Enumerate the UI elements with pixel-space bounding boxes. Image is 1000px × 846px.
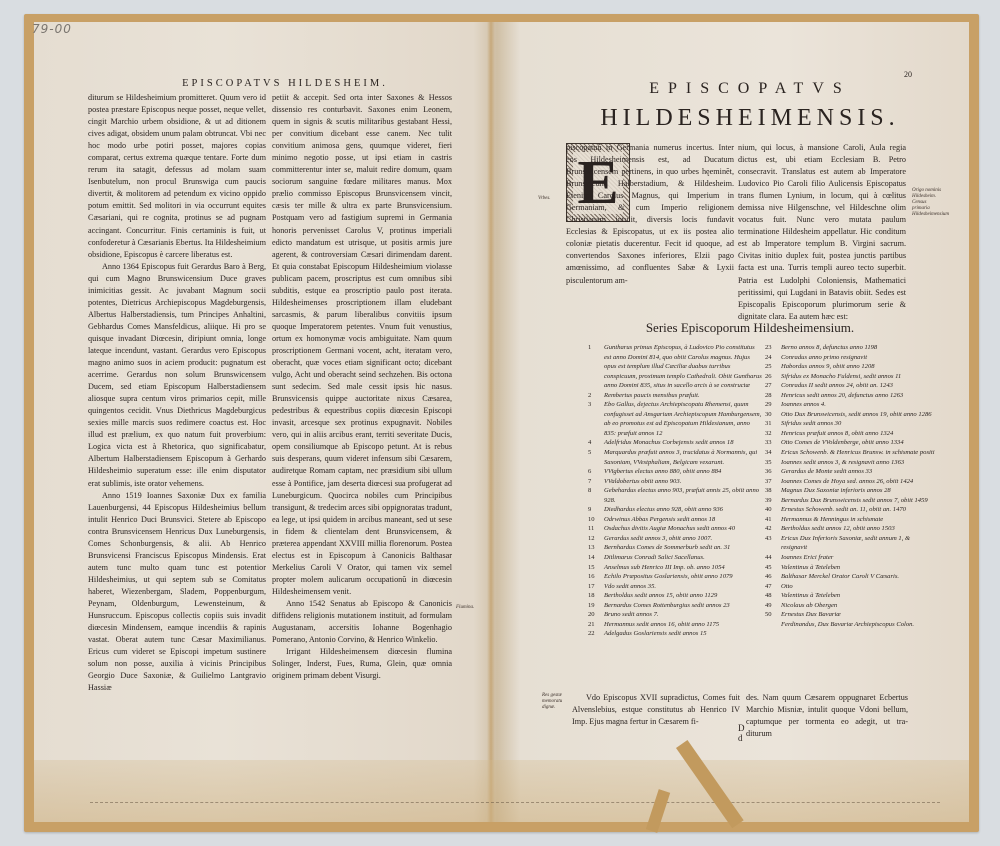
list-item: 6VVigbertus electus anno 880, obiit anno…	[588, 467, 762, 477]
list-item: 12Gerardus sedit annos 3, obiit anno 100…	[588, 534, 762, 544]
list-item: 14Ditlimarus Conradi Salici Sacellanus.	[588, 553, 762, 563]
list-item: 4Adelfridus Monachus Corbejensis sedit a…	[588, 438, 762, 448]
list-item: 16Echilo Præpositus Goslariensis, obiit …	[588, 572, 762, 582]
list-item: 50Ernestus Dux Bavariæ	[765, 610, 937, 620]
list-item: 49Nicolaus ab Obergen	[765, 601, 937, 611]
list-item: 44Ioannes Erici frater	[765, 553, 937, 563]
paragraph: Irrigant Hildesheimensem diœcesin flumin…	[272, 646, 452, 682]
left-column-2: petiit & accepit. Sed orta inter Saxones…	[272, 92, 452, 682]
list-item: 27Conradus II sedit annos 24, obiit an. …	[765, 381, 937, 391]
list-item: 11Osdachus divitis Augiæ Monachus sedit …	[588, 524, 762, 534]
list-item: 10Odrwinus Abbas Pergensis sedit annos 1…	[588, 515, 762, 525]
paragraph: petiit & accepit. Sed orta inter Saxones…	[272, 92, 452, 598]
list-item: 47Otto	[765, 582, 937, 592]
list-item: 33Otto Comes de VVoldenberge, obiit anno…	[765, 438, 937, 448]
list-item: 38Magnus Dux Saxoniæ inferioris annos 28	[765, 486, 937, 496]
crease-line	[90, 802, 940, 803]
list-item: 31Sifridus sedit annos 30	[765, 419, 937, 429]
list-item: 26Sifridus ex Monacho Fuldensi, sedit an…	[765, 372, 937, 382]
bottom-column-2: des. Nam quum Cæsarem oppugnaret Ecbertu…	[746, 692, 908, 740]
bottom-stain	[34, 760, 969, 822]
list-item: 7VValdobertus obiit anno 903.	[588, 477, 762, 487]
pencil-note: 79-00	[32, 22, 72, 36]
list-item: Ferdinandus, Dux Bavariæ Archiepiscopus …	[765, 620, 937, 630]
title-line-2: HILDESHEIMENSIS.	[560, 105, 940, 132]
list-item: 34Ericus Schowenb. & Henricus Brunsw. in…	[765, 448, 937, 458]
list-item: 8Gebehardus electus anno 903, præfuit an…	[588, 486, 762, 505]
bishops-list-2: 23Berno annos 8, defunctus anno 1198 24C…	[765, 343, 937, 629]
list-item: 39Bernardus Dux Brunswicensis sedit anno…	[765, 496, 937, 506]
list-item: 41Hermannus & Henningus in schismate	[765, 515, 937, 525]
series-title: Series Episcoporum Hildesheimensium.	[560, 320, 940, 336]
list-item: 46Balthasar Merckel Orator Caroli V Cæsa…	[765, 572, 937, 582]
title-line-1: EPISCOPATVS	[560, 80, 940, 98]
paragraph: Anno 1519 Ioannes Saxoniæ Dux ex familia…	[88, 490, 266, 695]
paragraph: diturum se Hildesheimium promitteret. Qu…	[88, 92, 266, 261]
list-item: 36Gerardus de Monte sedit annos 33	[765, 467, 937, 477]
paragraph: des. Nam quum Cæsarem oppugnaret Ecbertu…	[746, 692, 908, 740]
list-item: 20Bruno sedit annos 7.	[588, 610, 762, 620]
list-item: 32Henricus præfuit annos 8, obiit anno 1…	[765, 429, 937, 439]
margin-note-urbes: Vrbes.	[538, 196, 562, 202]
signature-mark: D d	[738, 723, 745, 743]
list-item: 19Bernardus Comes Rottenburgius sedit an…	[588, 601, 762, 611]
margin-note-origo: Origo nominis Hildesheim. Census primari…	[912, 188, 942, 218]
list-item: 13Bernhardus Comes de Sommerburb sedit a…	[588, 543, 762, 553]
list-item: 43Ericus Dux Inferioris Saxoniæ, sedit a…	[765, 534, 937, 553]
list-item: 35Ioannes sedit annos 3, & resignavit an…	[765, 458, 937, 468]
paragraph: Vdo Episcopus XVII supradictus, Comes fu…	[572, 692, 740, 728]
list-item: 21Hermannus sedit annos 16, obiit anno 1…	[588, 620, 762, 630]
bishops-list-1: 1Guntharus primus Episcopus, à Ludovico …	[588, 343, 762, 639]
list-item: 29Ioannes annos 4.	[765, 400, 937, 410]
list-item: 37Ioannes Comes de Hoya sed. annos 26, o…	[765, 477, 937, 487]
list-item: 17Vdo sedit annos 35.	[588, 582, 762, 592]
intro-column-2: nium, qui locus, à mansione Caroli, Aula…	[738, 142, 906, 323]
list-item: 22Adelgadus Goslariensis sedit annos 15	[588, 629, 762, 639]
list-item: 40Ernestus Schowenb. sedit an. 11, obiit…	[765, 505, 937, 515]
list-item: 28Henricus sedit annos 20, defunctus ann…	[765, 391, 937, 401]
intro-column-1: piscopatuũ in Germania numerus incertus.…	[566, 142, 734, 287]
left-column-1: diturum se Hildesheimium promitteret. Qu…	[88, 92, 266, 694]
paragraph: Anno 1364 Episcopus fuit Gerardus Baro à…	[88, 261, 266, 490]
list-item: 18Bertholdus sedit annos 15, obiit anno …	[588, 591, 762, 601]
list-item: 1Guntharus primus Episcopus, à Ludovico …	[588, 343, 762, 391]
list-item: 30Otto Dux Brunswicensis, sedit annos 19…	[765, 410, 937, 420]
list-item: 48Valentinus à Teteleben	[765, 591, 937, 601]
list-item: 5Marquardus præfuit annos 3, trucidatus …	[588, 448, 762, 467]
margin-note-res-gestae: Res gestæ memoratu dignæ.	[542, 693, 564, 711]
left-running-head: EPISCOPATVS HILDESHEIM.	[90, 78, 480, 89]
margin-note-flumina: Flumina.	[456, 605, 486, 611]
list-item: 9Diedhardus electus anno 928, obiit anno…	[588, 505, 762, 515]
center-fold	[487, 22, 495, 822]
list-item: 3Ebo Gallus, dejectus Archiepiscopatu Rh…	[588, 400, 762, 438]
paragraph: nium, qui locus, à mansione Caroli, Aula…	[738, 142, 906, 323]
paragraph: Anno 1542 Senatus ab Episcopo & Canonici…	[272, 598, 452, 646]
list-item: 25Habordus annos 9, obiit anno 1208	[765, 362, 937, 372]
list-item: 2Rembertus paucis mensibus præfuit.	[588, 391, 762, 401]
list-item: 24Conradus anno primo resignavit	[765, 353, 937, 363]
bottom-column-1: Vdo Episcopus XVII supradictus, Comes fu…	[572, 692, 740, 728]
paragraph: piscopatuũ in Germania numerus incertus.…	[566, 142, 734, 287]
page-number: 20	[904, 70, 912, 79]
list-item: 23Berno annos 8, defunctus anno 1198	[765, 343, 937, 353]
list-item: 42Bertholdus sedit annos 12, obiit anno …	[765, 524, 937, 534]
list-item: 45Valentinus à Teteleben	[765, 563, 937, 573]
list-item: 15Anselmus sub Henrico III Imp. ob. anno…	[588, 563, 762, 573]
